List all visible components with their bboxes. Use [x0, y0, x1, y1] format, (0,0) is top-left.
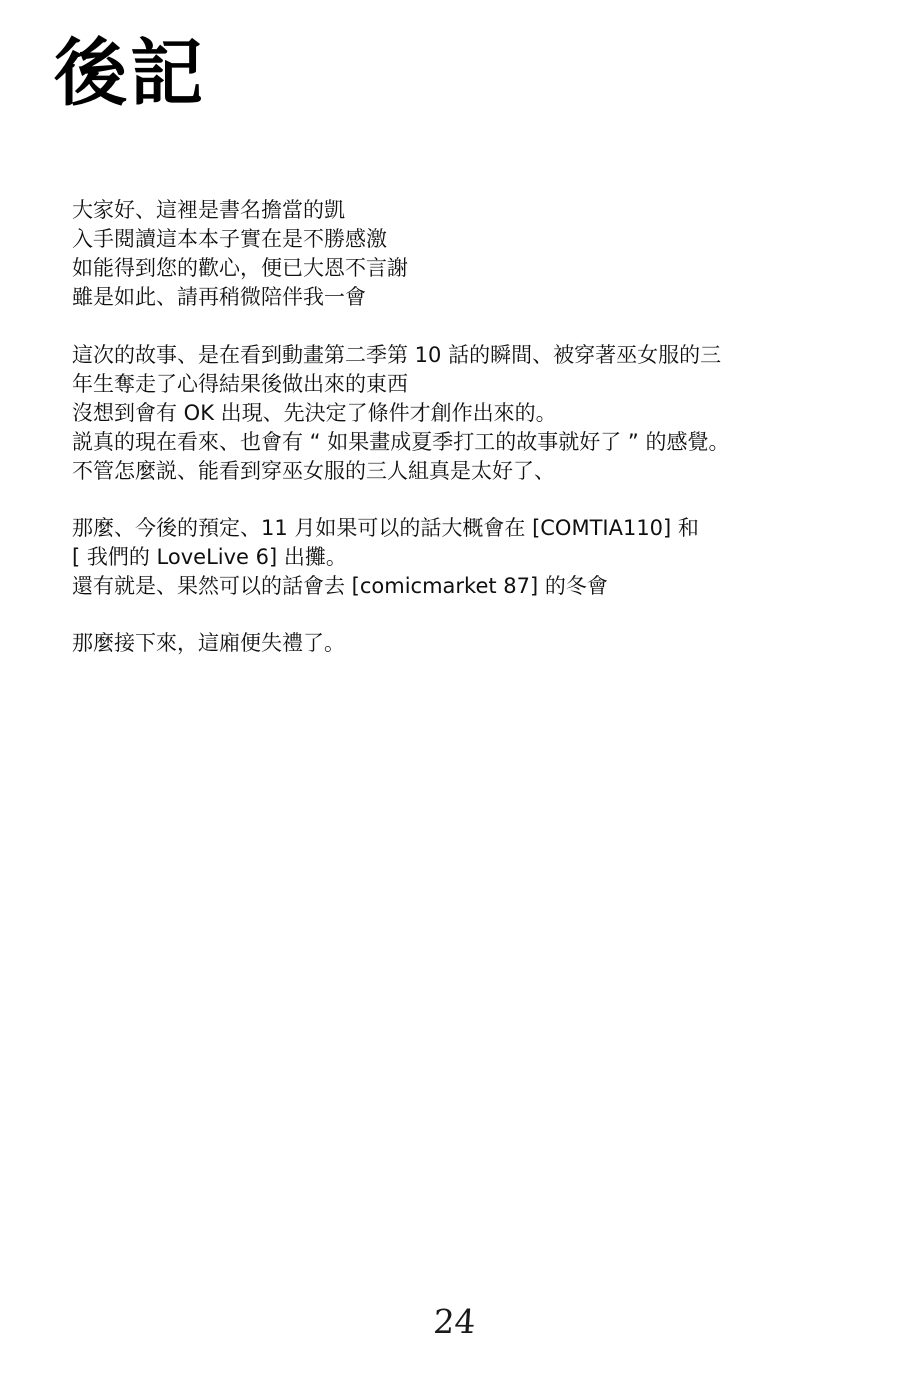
page-number: 24 [0, 1302, 909, 1341]
plans-line: 那麼、今後的預定、11 月如果可以的話大概會在 [COMTIA110] 和 [72, 514, 699, 543]
story-line: 這次的故事、是在看到動畫第二季第 10 話的瞬間、被穿著巫女服的三 [72, 341, 729, 370]
paragraph-plans: 那麼、今後的預定、11 月如果可以的話大概會在 [COMTIA110] 和 [ … [72, 514, 699, 601]
story-line: 不管怎麼説、能看到穿巫女服的三人組真是太好了、 [72, 457, 729, 486]
plans-line: 還有就是、果然可以的話會去 [comicmarket 87] 的冬會 [72, 572, 699, 601]
greeting-line: 雖是如此、請再稍微陪伴我一會 [72, 283, 408, 312]
afterword-page: 後記 大家好、這裡是書名擔當的凱 入手閱讀這本本子實在是不勝感激 如能得到您的歡… [0, 0, 909, 1385]
greeting-line: 大家好、這裡是書名擔當的凱 [72, 196, 408, 225]
story-line: 説真的現在看來、也會有 “ 如果畫成夏季打工的故事就好了 ” 的感覺。 [72, 428, 729, 457]
paragraph-greeting: 大家好、這裡是書名擔當的凱 入手閱讀這本本子實在是不勝感激 如能得到您的歡心，便… [72, 196, 408, 312]
paragraph-story: 這次的故事、是在看到動畫第二季第 10 話的瞬間、被穿著巫女服的三 年生奪走了心… [72, 341, 729, 486]
story-line: 年生奪走了心得結果後做出來的東西 [72, 370, 729, 399]
closing-line: 那麼接下來，這廂便失禮了。 [72, 629, 345, 658]
paragraph-closing: 那麼接下來，這廂便失禮了。 [72, 629, 345, 658]
plans-line: [ 我們的 LoveLive 6] 出攤。 [72, 543, 699, 572]
greeting-line: 入手閱讀這本本子實在是不勝感激 [72, 225, 408, 254]
page-title: 後記 [54, 34, 206, 114]
story-line: 沒想到會有 OK 出現、先決定了條件才創作出來的。 [72, 399, 729, 428]
greeting-line: 如能得到您的歡心，便已大恩不言謝 [72, 254, 408, 283]
